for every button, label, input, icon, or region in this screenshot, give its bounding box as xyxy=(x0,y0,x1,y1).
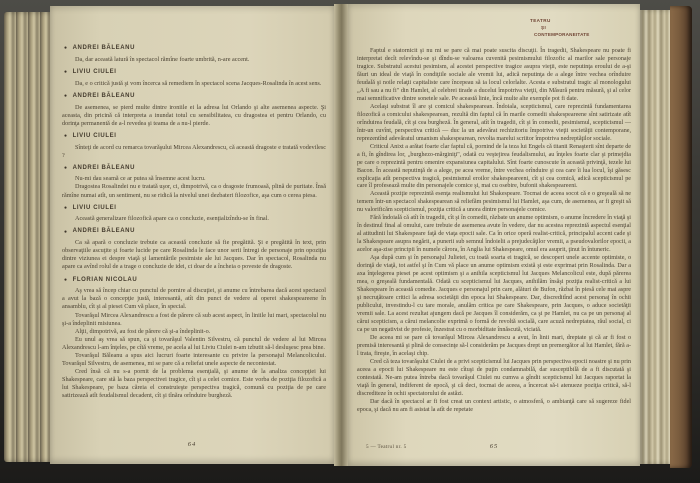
bullet-icon: ● xyxy=(64,206,68,211)
book-spread: ● ANDREI BĂLEANU Da, dar această latură … xyxy=(0,2,700,470)
dialogue-paragraph: Tovarăşul Băleanu a spus aici lucruri fo… xyxy=(62,352,326,368)
bullet-icon: ● xyxy=(64,230,68,235)
body-paragraph: Aşa după cum şi în personajul Julietei, … xyxy=(357,255,631,335)
body-paragraph: Fără îndoială că atît în tragedii, cît ş… xyxy=(357,215,631,255)
dialogue-paragraph: Tovarăşul Mircea Alexandrescu a fost de … xyxy=(62,312,326,328)
speaker-heading: ● LIVIU CIULEI xyxy=(64,69,326,77)
scan-background: ● ANDREI BĂLEANU Da, dar această latură … xyxy=(0,0,700,483)
stamp-line: CONTEMPORANEITATE xyxy=(530,32,626,39)
right-page-text: Faptul e statornicit şi nu mi se pare că… xyxy=(357,48,631,415)
speaker-name: FLORIAN NICOLAU xyxy=(73,277,138,285)
book-cover-edge xyxy=(670,6,692,468)
body-paragraph: Acelaşi substrat îl are şi comicul shake… xyxy=(357,104,631,144)
dialogue-paragraph: Sînteţi de acord cu remarca tovarăşului … xyxy=(62,144,326,160)
body-paragraph: Faptul e statornicit şi nu mi se pare că… xyxy=(357,48,631,104)
left-page-text: ● ANDREI BĂLEANU Da, dar această latură … xyxy=(62,40,326,400)
speaker-heading: ● ANDREI BĂLEANU xyxy=(64,228,326,236)
bullet-icon: ● xyxy=(64,46,68,51)
bullet-icon: ● xyxy=(64,134,68,139)
body-paragraph: Criticul Anixt a arătat foarte clar fapt… xyxy=(357,144,631,192)
body-paragraph: De aceea mi se pare că tovarăşul Mircea … xyxy=(357,335,631,359)
speaker-heading: ● ANDREI BĂLEANU xyxy=(64,45,326,53)
dialogue-paragraph: Dragostea Rosalindei nu e tratată uşor, … xyxy=(62,183,326,199)
bullet-icon: ● xyxy=(64,278,68,283)
speaker-name: LIVIU CIULEI xyxy=(73,205,117,213)
page-edges-left xyxy=(4,12,56,462)
gutter-shadow xyxy=(334,4,348,466)
speaker-name: ANDREI BĂLEANU xyxy=(73,93,135,101)
bullet-icon: ● xyxy=(64,94,68,99)
speaker-name: ANDREI BĂLEANU xyxy=(73,228,135,236)
dialogue-paragraph: Această generalizare filozofică apare ca… xyxy=(62,215,326,223)
speaker-heading: ● ANDREI BĂLEANU xyxy=(64,93,326,101)
speaker-name: LIVIU CIULEI xyxy=(73,133,117,141)
dialogue-paragraph: Cred însă că nu s-a pornit de la problem… xyxy=(62,368,326,400)
speaker-heading: ● LIVIU CIULEI xyxy=(64,133,326,141)
dialogue-paragraph: Alţii, dimpotrivă, au fost de părere că … xyxy=(62,328,326,336)
dialogue-paragraph: Ca să apară o concluzie trebuie ca aceas… xyxy=(62,239,326,271)
body-paragraph: Cred că teza tovarăşului Ciulei de a pri… xyxy=(357,359,631,399)
speaker-heading: ● FLORIAN NICOLAU xyxy=(64,277,326,285)
bullet-icon: ● xyxy=(64,166,68,171)
left-page: ● ANDREI BĂLEANU Da, dar această latură … xyxy=(50,6,334,464)
right-page: TEATRU ŞI CONTEMPORANEITATE Faptul e sta… xyxy=(348,4,640,466)
speaker-heading: ● ANDREI BĂLEANU xyxy=(64,165,326,173)
speaker-name: ANDREI BĂLEANU xyxy=(73,165,135,173)
dialogue-paragraph: Aş vrea să încep chiar cu punctul de por… xyxy=(62,287,326,311)
speaker-name: ANDREI BĂLEANU xyxy=(73,45,135,53)
body-paragraph: Această poziţie reprezintă esenţa realis… xyxy=(357,191,631,215)
stamp-line: TEATRU xyxy=(530,18,626,25)
library-stamp: TEATRU ŞI CONTEMPORANEITATE xyxy=(530,18,626,39)
page-edges-right xyxy=(640,10,672,464)
speaker-name: LIVIU CIULEI xyxy=(73,69,117,77)
dialogue-paragraph: Da, dar această latură în spectacol rămî… xyxy=(62,56,326,64)
stamp-line: ŞI xyxy=(530,25,626,32)
body-paragraph: Dar dacă în spectacol ar fi fost creat u… xyxy=(357,399,631,415)
page-number-left: 64 xyxy=(50,441,334,448)
speaker-heading: ● LIVIU CIULEI xyxy=(64,205,326,213)
dialogue-paragraph: De asemenea, se pierd multe dintre ironi… xyxy=(62,104,326,128)
dialogue-paragraph: Da, e o critică justă şi vom încerca să … xyxy=(62,80,326,88)
bullet-icon: ● xyxy=(64,70,68,75)
dialogue-paragraph: Eu unul aş vrea să spun, ca şi tovarăşul… xyxy=(62,336,326,352)
page-number-right: 65 xyxy=(348,443,640,450)
